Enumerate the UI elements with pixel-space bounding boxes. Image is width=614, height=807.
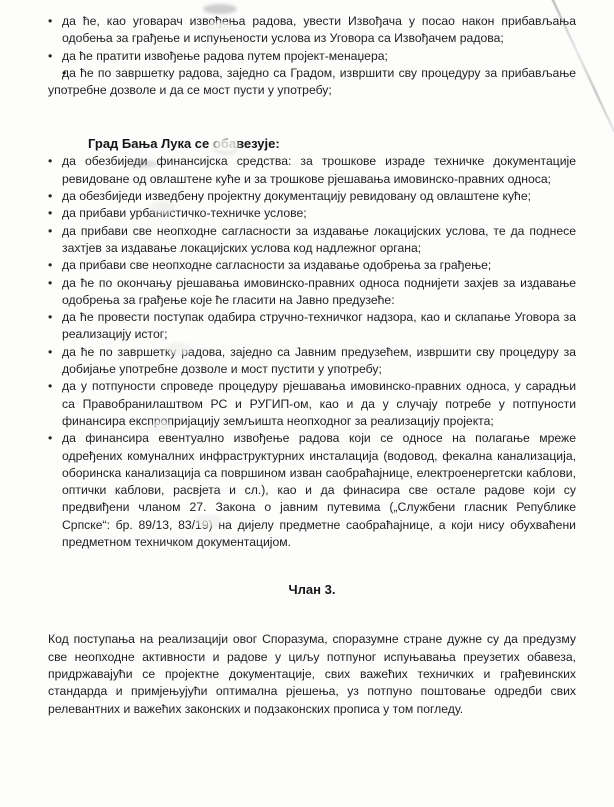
list-item: да ће по завршетку радова, заједно са Гр… <box>48 65 576 100</box>
city-obligations-heading: Град Бања Лука се обавезује: <box>88 135 576 153</box>
city-obligations-list: да обезбиједи финансијска средства: за т… <box>48 153 576 551</box>
closing-paragraph: Код поступања на реализацији овог Спораз… <box>48 631 576 717</box>
list-item: да обезбиједи изведбену пројектну докуме… <box>48 188 576 205</box>
scanned-document-page: да ће, као уговарач извођења радова, уве… <box>0 0 614 807</box>
list-item: да ће по завршетку радова, заједно са Ја… <box>48 344 576 379</box>
list-item: да финансира евентуално извођење радова … <box>48 430 576 551</box>
list-item: да ће провести поступак одабира стручно-… <box>48 309 576 344</box>
list-item: да у потпуности спроведе процедуру рјеша… <box>48 378 576 430</box>
contractor-obligations-list: да ће, као уговарач извођења радова, уве… <box>48 13 576 99</box>
list-item: да ће пратити извођење радова путем прој… <box>48 48 576 65</box>
list-item: да обезбиједи финансијска средства: за т… <box>48 153 576 188</box>
document-content: да ће, као уговарач извођења радова, уве… <box>48 13 576 718</box>
article-heading: Члан 3. <box>48 581 576 599</box>
list-item: да прибави све неопходне сагласности за … <box>48 223 576 258</box>
list-item: да прибави све неопходне сагласности за … <box>48 257 576 274</box>
list-item: да ће, као уговарач извођења радова, уве… <box>48 13 576 48</box>
list-item: да ће по окончању рјешавања имовинско-пр… <box>48 275 576 310</box>
list-item: да прибави урбанистичко-техничке услове; <box>48 205 576 222</box>
